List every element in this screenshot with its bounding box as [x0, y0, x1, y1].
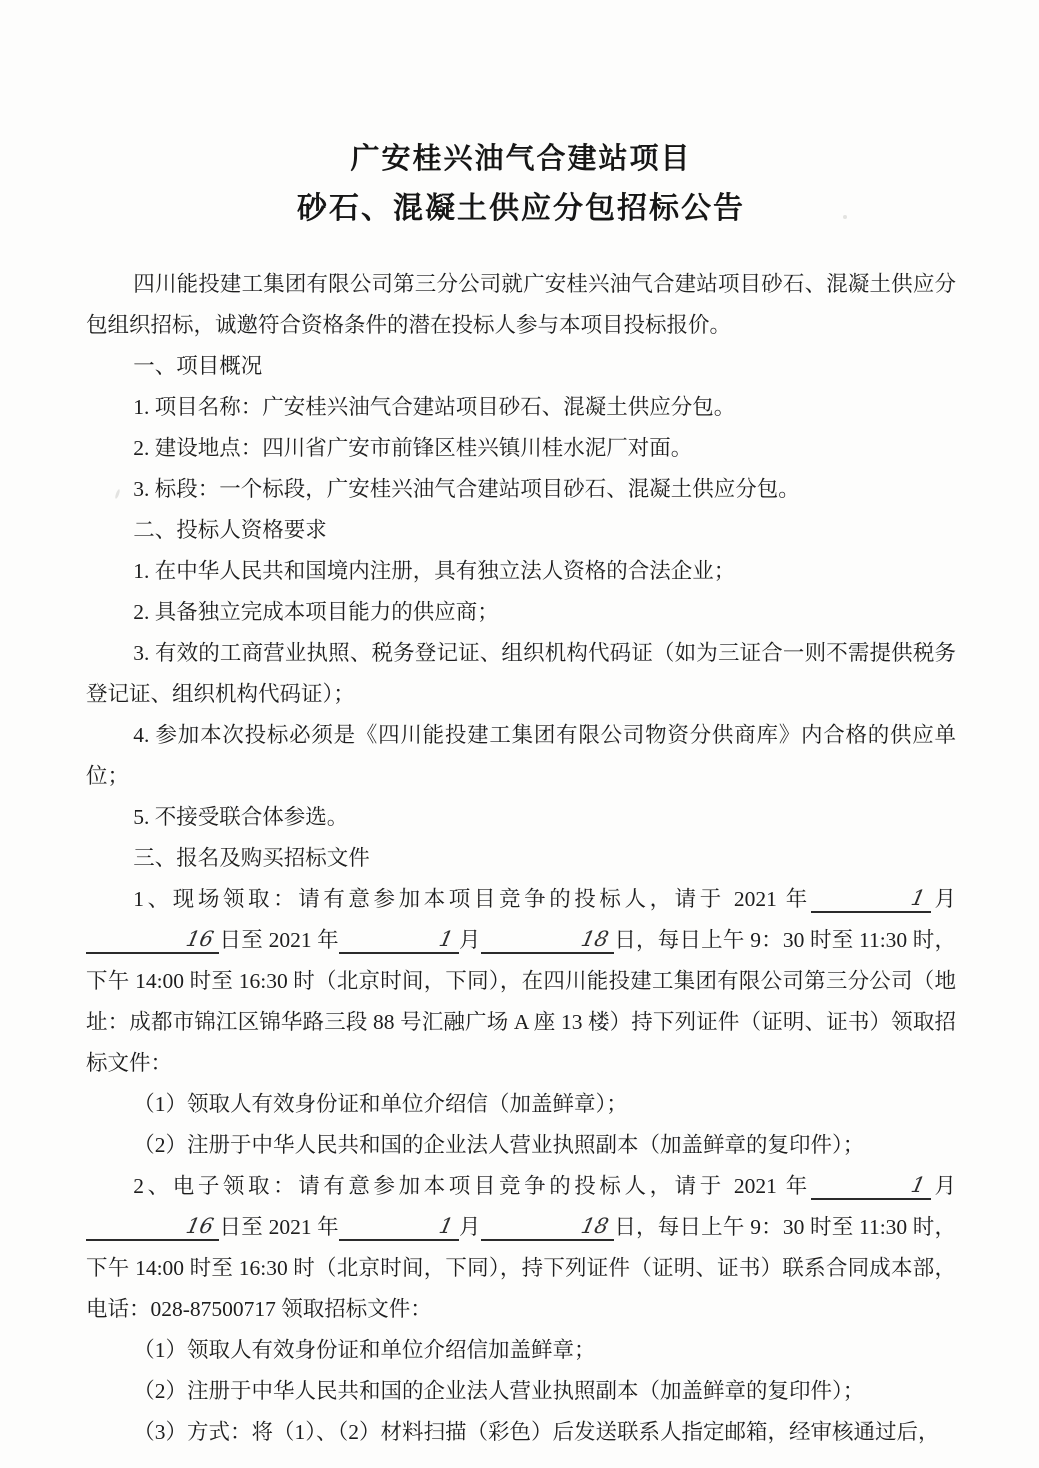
handwritten-onsite-day-1: 16: [86, 928, 219, 954]
handwritten-onsite-month-1: 1: [811, 887, 931, 913]
handwritten-digit: 18: [532, 927, 611, 951]
section1-item-3: 3. 标段：一个标段，广安桂兴油气合建站项目砂石、混凝土供应分包。: [86, 469, 956, 510]
handwritten-onsite-month-2: 1: [339, 928, 459, 954]
electronic-seg4: 月: [459, 1215, 481, 1239]
onsite-pickup-paragraph: 1、现场领取：请有意参加本项目竞争的投标人，请于 2021 年1月16日至 20…: [86, 879, 956, 1084]
document-body: 四川能投建工集团有限公司第三分公司就广安桂兴油气合建站项目砂石、混凝土供应分包组…: [86, 264, 956, 1453]
handwritten-digit: 1: [390, 927, 456, 951]
onsite-subitem-2: （2）注册于中华人民共和国的企业法人营业执照副本（加盖鲜章的复印件）；: [86, 1125, 956, 1166]
onsite-seg2: 月: [931, 887, 956, 911]
electronic-subitem-1: （1）领取人有效身份证和单位介绍信加盖鲜章；: [86, 1330, 956, 1371]
handwritten-electronic-month-1: 1: [811, 1174, 931, 1200]
handwritten-digit: 1: [862, 1173, 928, 1197]
electronic-seg1: 2、电子领取：请有意参加本项目竞争的投标人，请于 2021 年: [133, 1174, 811, 1198]
onsite-seg4: 月: [459, 928, 481, 952]
document-title-line1: 广安桂兴油气合建站项目: [86, 136, 956, 182]
electronic-seg2: 月: [931, 1174, 956, 1198]
section2-item-2: 2. 具备独立完成本项目能力的供应商；: [86, 592, 956, 633]
handwritten-electronic-day-1: 16: [86, 1215, 219, 1241]
onsite-seg1: 1、现场领取：请有意参加本项目竞争的投标人，请于 2021 年: [133, 887, 811, 911]
electronic-subitem-2: （2）注册于中华人民共和国的企业法人营业执照副本（加盖鲜章的复印件）；: [86, 1371, 956, 1412]
handwritten-electronic-month-2: 1: [339, 1215, 459, 1241]
section1-item-1: 1. 项目名称：广安桂兴油气合建站项目砂石、混凝土供应分包。: [86, 387, 956, 428]
section3-heading: 三、报名及购买招标文件: [86, 838, 956, 879]
section2-item-1: 1. 在中华人民共和国境内注册，具有独立法人资格的合法企业；: [86, 551, 956, 592]
electronic-seg3: 日至 2021 年: [219, 1215, 339, 1239]
section2-heading: 二、投标人资格要求: [86, 510, 956, 551]
section1-item-2: 2. 建设地点：四川省广安市前锋区桂兴镇川桂水泥厂对面。: [86, 428, 956, 469]
electronic-pickup-paragraph: 2、电子领取：请有意参加本项目竞争的投标人，请于 2021 年1月16日至 20…: [86, 1166, 956, 1330]
handwritten-digit: 1: [862, 886, 928, 910]
document-title-line2: 砂石、混凝土供应分包招标公告: [86, 186, 956, 232]
scan-speckle: [843, 215, 847, 219]
section1-heading: 一、项目概况: [86, 346, 956, 387]
document-content: 广安桂兴油气合建站项目 砂石、混凝土供应分包招标公告 四川能投建工集团有限公司第…: [86, 136, 956, 1453]
document-page: 广安桂兴油气合建站项目 砂石、混凝土供应分包招标公告 四川能投建工集团有限公司第…: [0, 0, 1039, 1468]
section2-item-3: 3. 有效的工商营业执照、税务登记证、组织机构代码证（如为三证合一则不需提供税务…: [86, 633, 956, 715]
intro-paragraph: 四川能投建工集团有限公司第三分公司就广安桂兴油气合建站项目砂石、混凝土供应分包组…: [86, 264, 956, 346]
handwritten-onsite-day-2: 18: [481, 928, 614, 954]
electronic-subitem-3: （3）方式：将（1）、（2）材料扫描（彩色）后发送联系人指定邮箱，经审核通过后，: [86, 1412, 956, 1453]
handwritten-digit: 16: [137, 1214, 216, 1238]
handwritten-digit: 18: [532, 1214, 611, 1238]
onsite-subitem-1: （1）领取人有效身份证和单位介绍信（加盖鲜章）；: [86, 1084, 956, 1125]
handwritten-digit: 16: [137, 927, 216, 951]
handwritten-digit: 1: [390, 1214, 456, 1238]
onsite-seg3: 日至 2021 年: [219, 928, 339, 952]
handwritten-electronic-day-2: 18: [481, 1215, 614, 1241]
section2-item-4: 4. 参加本次投标必须是《四川能投建工集团有限公司物资分供商库》内合格的供应单位…: [86, 715, 956, 797]
section2-item-5: 5. 不接受联合体参选。: [86, 797, 956, 838]
